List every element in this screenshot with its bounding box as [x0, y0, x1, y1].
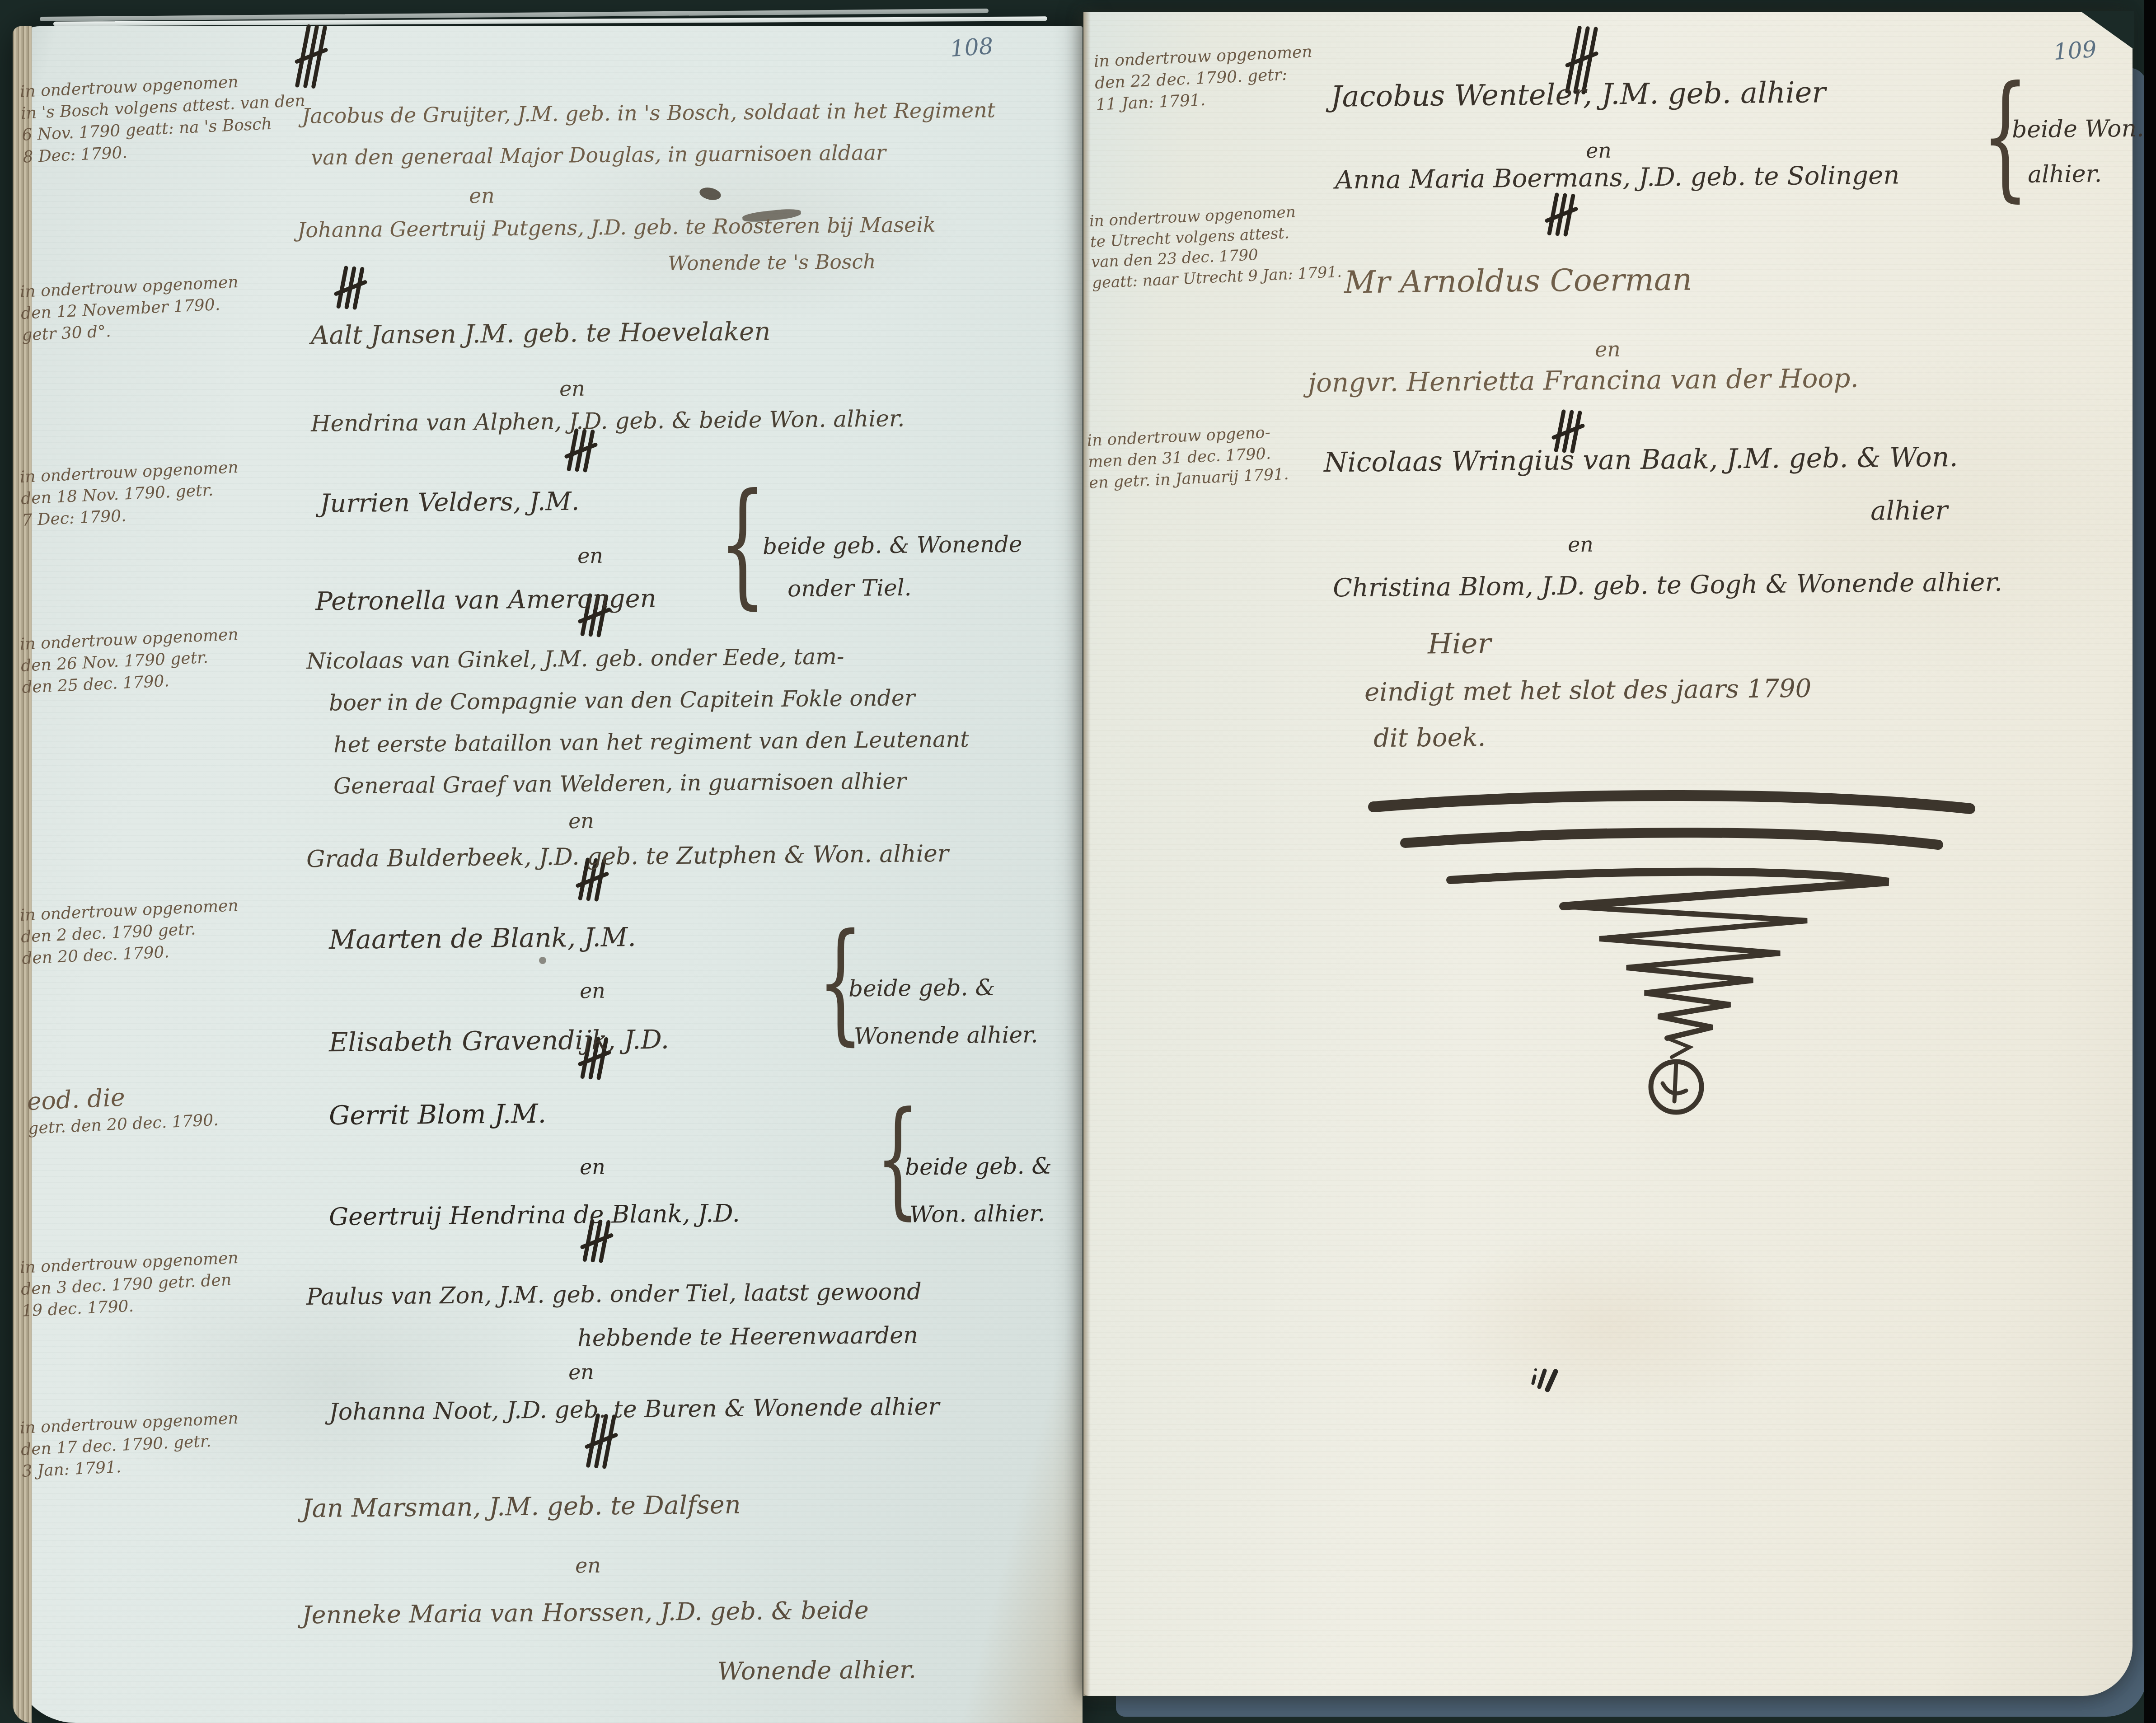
brace-note-line: onder Tiel. — [787, 575, 912, 602]
brace-note-line: beide geb. & — [905, 1153, 1052, 1180]
groom-line: het eerste bataillon van het regiment va… — [333, 726, 969, 758]
bride-line: Johanna Noot, J.D. geb. te Buren & Wonen… — [329, 1393, 940, 1426]
conjunction: en — [1595, 337, 1621, 361]
left-page: 108 in ondertrouw opgenomen in 's Bosch … — [13, 26, 1083, 1723]
groom-line: Generaal Graef van Welderen, in guarniso… — [333, 768, 906, 799]
groom-line: Nicolaas Wringius van Baak, J.M. geb. & … — [1324, 441, 1958, 478]
margin-note: in ondertrouw opgenomen den 17 dec. 1790… — [19, 1408, 241, 1483]
groom-line: hebbende te Heerenwaarden — [577, 1322, 919, 1352]
margin-note: in ondertrouw opgenomen den 3 dec. 1790 … — [19, 1247, 241, 1323]
conjunction: en — [568, 809, 594, 833]
tally-marks-icon — [335, 263, 366, 312]
conjunction: en — [577, 543, 603, 568]
conjunction: en — [575, 1553, 601, 1578]
margin-note: in ondertrouw opgenomen den 18 Nov. 1790… — [19, 457, 241, 532]
margin-note: eod. die getr. den 20 dec. 1790. — [26, 1077, 219, 1140]
brace-note-line: beide Won. — [2012, 115, 2144, 144]
bride-line: Jenneke Maria van Horssen, J.D. geb. & b… — [302, 1596, 869, 1629]
brace-note-line: Won. alhier. — [909, 1200, 1045, 1228]
bride-line: Hendrina van Alphen, J.D. geb. & beide W… — [311, 405, 905, 436]
tally-marks-icon — [1546, 190, 1577, 239]
bride-line: Christina Blom, J.D. geb. te Gogh & Wone… — [1333, 568, 2002, 603]
bride-line: Johanna Geertruij Putgens, J.D. geb. te … — [297, 212, 936, 242]
ink-blot — [539, 957, 546, 964]
margin-note: in ondertrouw opgenomen den 26 Nov. 1790… — [19, 624, 241, 699]
groom-line: Aalt Jansen J.M. geb. te Hoevelaken — [311, 317, 771, 351]
scanned-register-spread: 108 in ondertrouw opgenomen in 's Bosch … — [0, 0, 2156, 1723]
margin-note: in ondertrouw opgenomen den 22 dec. 1790… — [1093, 41, 1315, 117]
bride-line: jongvr. Henrietta Francina van der Hoop. — [1308, 363, 1859, 398]
bride-line: Petronella van Amerongen — [315, 584, 656, 617]
bride-line: Grada Bulderbeek, J.D. geb. te Zutphen &… — [306, 840, 949, 873]
bride-line: Anna Maria Boermans, J.D. geb. te Soling… — [1335, 161, 1900, 195]
groom-line: Jacobus Wenteler, J.M. geb. alhier — [1331, 76, 1826, 114]
conjunction: en — [580, 979, 605, 1003]
conjunction: en — [469, 183, 495, 208]
brace-note-line: Wonende alhier. — [854, 1021, 1038, 1049]
groom-line: boer in de Compagnie van den Capitein Fo… — [329, 685, 915, 716]
margin-note: in ondertrouw opgeno- men den 31 dec. 17… — [1087, 421, 1289, 494]
groom-line: Paulus van Zon, J.M. geb. onder Tiel, la… — [306, 1278, 922, 1311]
groom-line: Jacobus de Gruijter, J.M. geb. in 's Bos… — [302, 98, 996, 128]
scan-edge-strip — [2144, 0, 2156, 1723]
bride-line: Elisabeth Gravendijk, J.D. — [329, 1024, 670, 1058]
closing-line: Hier — [1428, 627, 1491, 660]
ink-blot — [698, 186, 722, 201]
groom-line: van den generaal Major Douglas, in guarn… — [311, 140, 886, 169]
conjunction: en — [559, 376, 585, 401]
brace-note-line: alhier. — [2028, 160, 2102, 188]
conjunction: en — [1568, 532, 1594, 557]
conjunction: en — [568, 1360, 594, 1384]
bride-line: Wonende te 's Bosch — [668, 250, 876, 275]
brace-note-line: beide geb. & — [848, 974, 995, 1002]
ink-mark-icon — [1529, 1363, 1570, 1395]
margin-note: in ondertrouw opgenomen den 12 November … — [19, 272, 241, 347]
groom-line: alhier — [1870, 495, 1948, 526]
margin-note: in ondertrouw opgenomen in 's Bosch volg… — [19, 68, 308, 168]
groom-line: Nicolaas van Ginkel, J.M. geb. onder Eed… — [306, 644, 844, 674]
conjunction: en — [580, 1155, 605, 1179]
page-number: 109 — [2053, 36, 2097, 66]
groom-line: Maarten de Blank, J.M. — [329, 922, 636, 955]
groom-line: Gerrit Blom J.M. — [329, 1098, 547, 1131]
flourish-icon — [1346, 785, 2024, 1138]
closing-line: eindigt met het slot des jaars 1790 — [1364, 674, 1812, 707]
bride-line: Wonende alhier. — [717, 1655, 917, 1686]
margin-note: in ondertrouw opgenomen den 2 dec. 1790 … — [19, 895, 241, 970]
groom-line: Jan Marsman, J.M. geb. te Dalfsen — [302, 1490, 741, 1523]
conjunction: en — [1586, 138, 1612, 163]
groom-line: Mr Arnoldus Coerman — [1344, 262, 1692, 301]
bride-line: Geertruij Hendrina de Blank, J.D. — [329, 1199, 740, 1231]
grouping-brace: { — [719, 482, 766, 604]
brace-note-line: beide geb. & Wonende — [763, 531, 1022, 559]
groom-line: Jurrien Velders, J.M. — [320, 487, 580, 518]
right-page: 109 in ondertrouw opgenomen den 22 dec. … — [1083, 12, 2133, 1696]
gutter-fold — [1083, 12, 1091, 1696]
closing-line: dit boek. — [1373, 723, 1486, 753]
margin-note: in ondertrouw opgenomen te Utrecht volge… — [1089, 200, 1342, 294]
page-number: 108 — [949, 33, 994, 62]
